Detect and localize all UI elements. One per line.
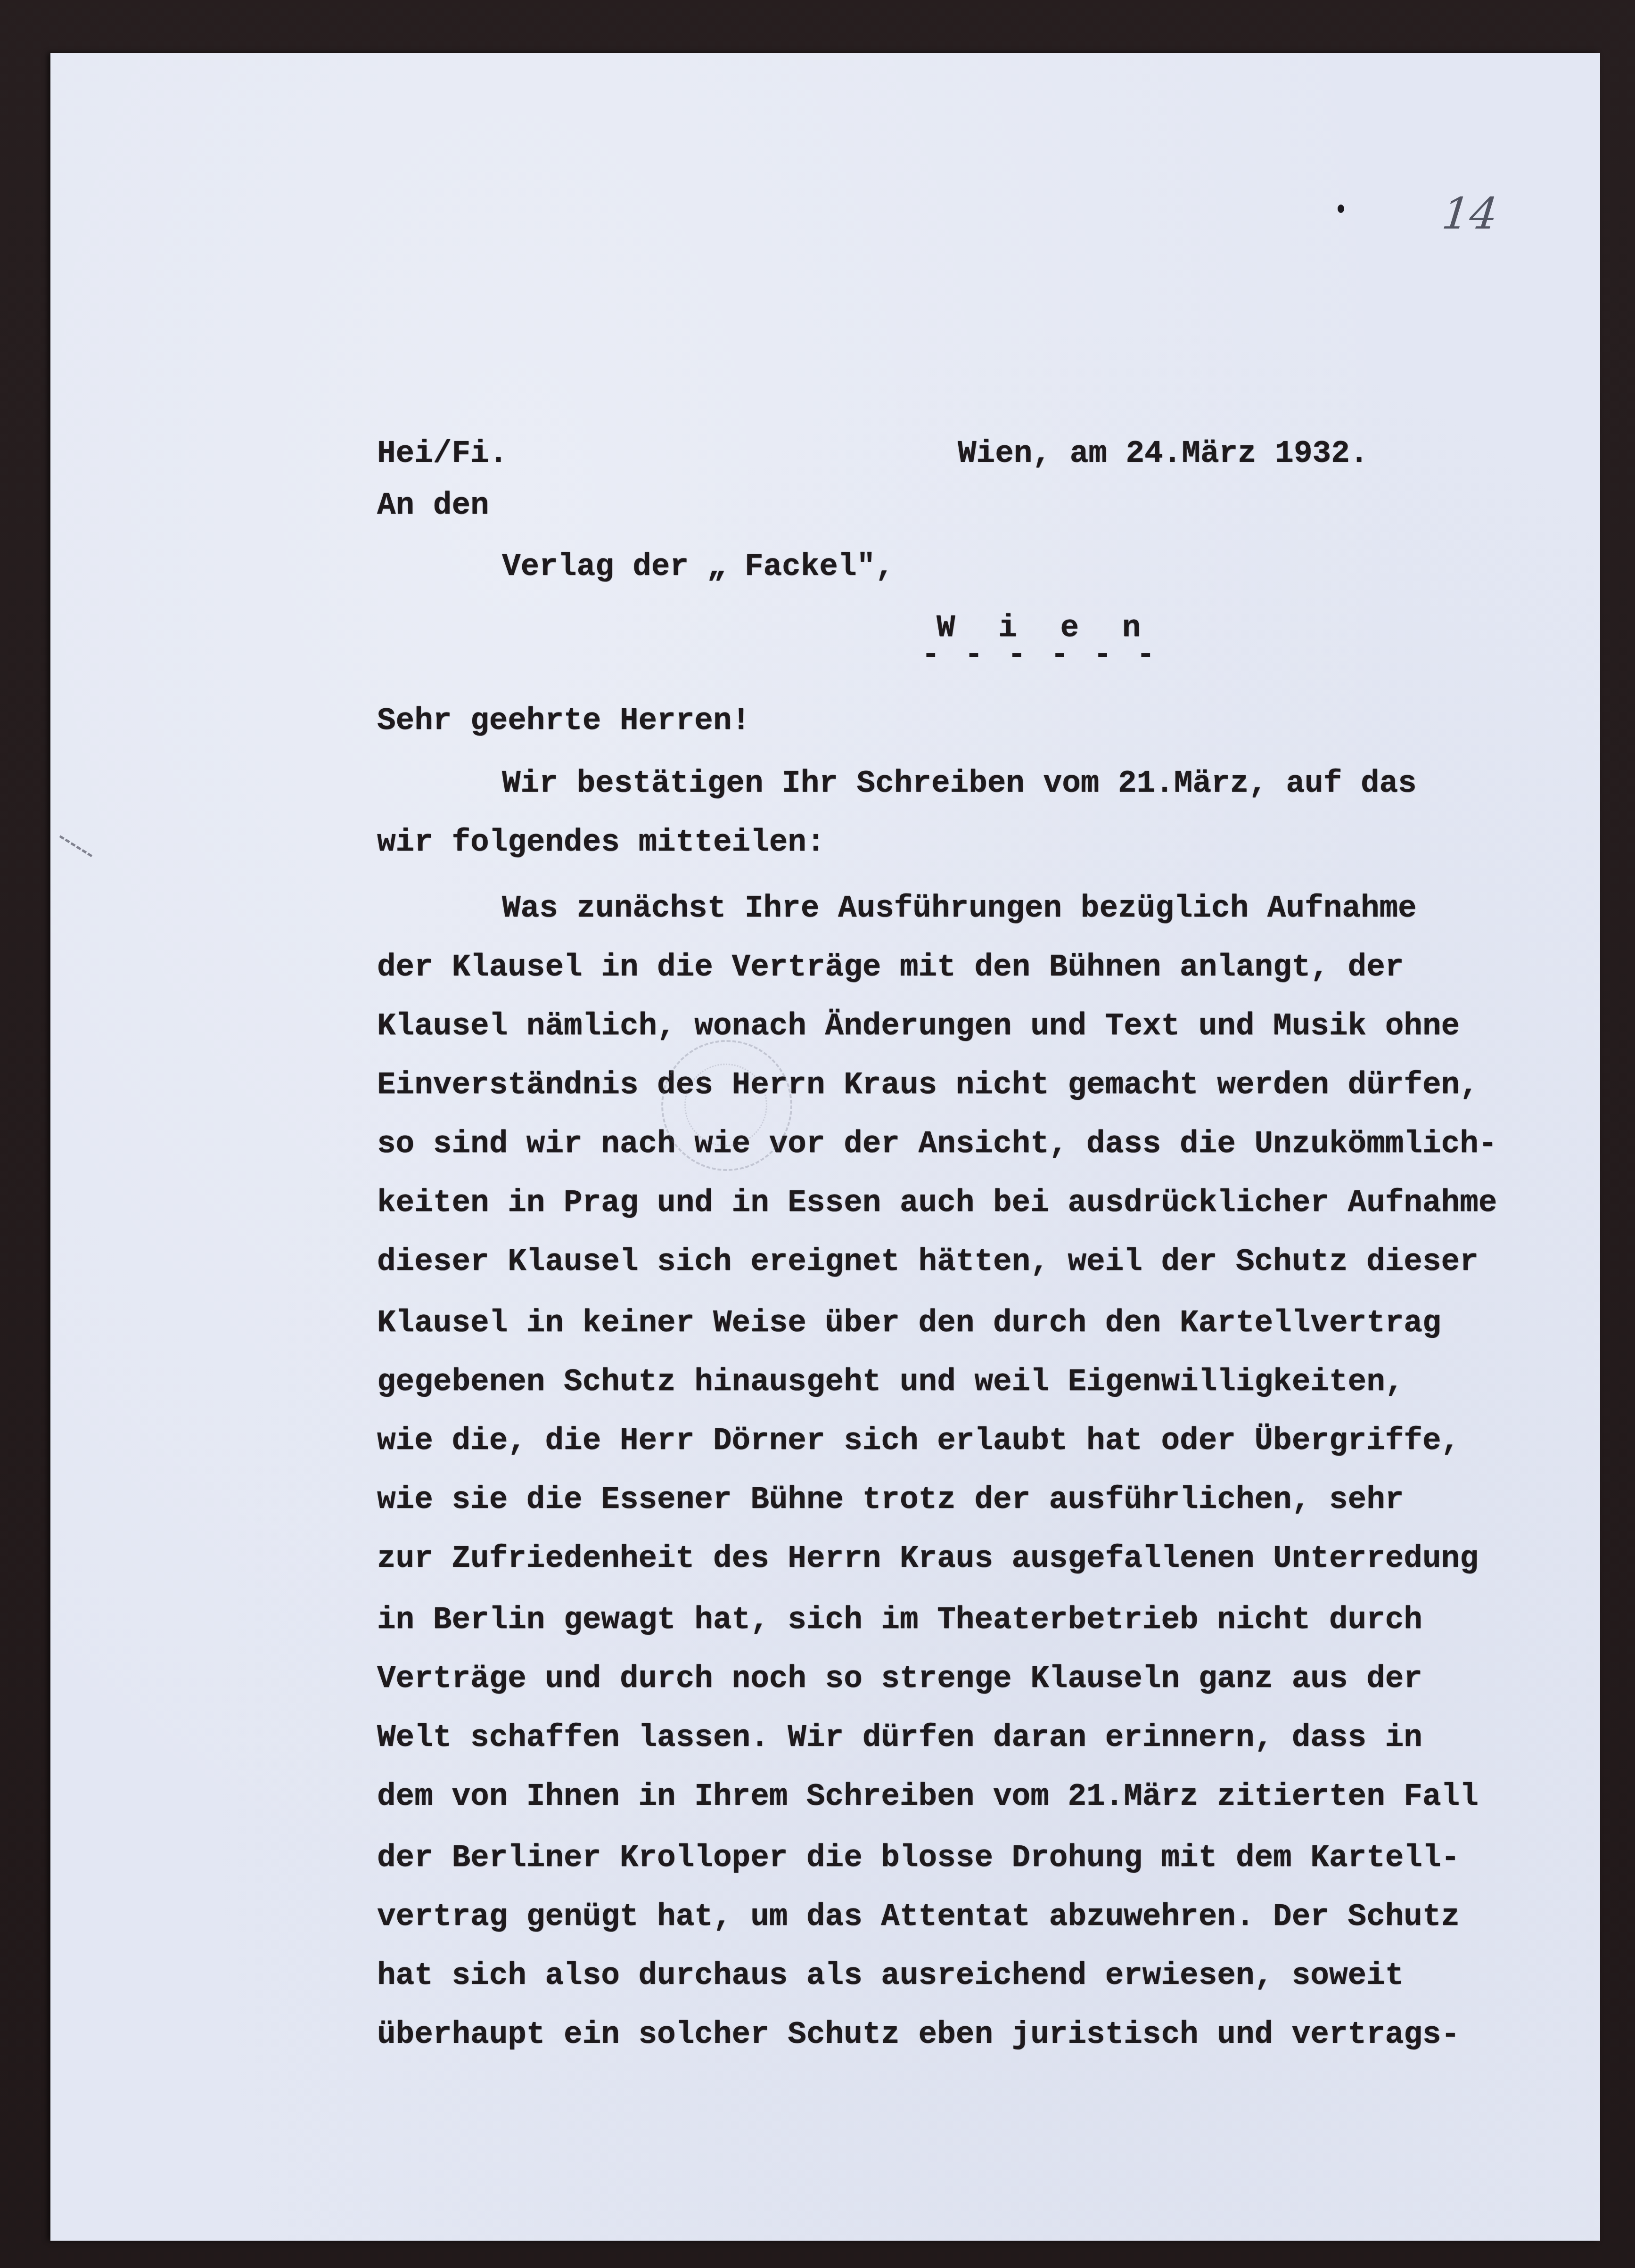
- recipient-name: Verlag der „ Fackel",: [502, 551, 894, 582]
- body-line: Klausel nämlich, wonach Änderungen und T…: [377, 1011, 1460, 1042]
- body-line: wir folgendes mitteilen:: [377, 827, 825, 858]
- letter-page: 14 Hei/Fi. Wien, am 24.März 1932. An den…: [50, 53, 1600, 2241]
- body-line: in Berlin gewagt hat, sich im Theaterbet…: [377, 1605, 1422, 1636]
- body-line: wie sie die Essener Bühne trotz der ausf…: [377, 1484, 1404, 1515]
- body-line: wie die, die Herr Dörner sich erlaubt ha…: [377, 1425, 1460, 1457]
- place-date: Wien, am 24.März 1932.: [958, 438, 1368, 469]
- body-line: Was zunächst Ihre Ausführungen bezüglich…: [502, 893, 1417, 924]
- greeting: Sehr geehrte Herren!: [377, 705, 750, 737]
- body-line: Verträge und durch noch so strenge Klaus…: [377, 1663, 1422, 1695]
- address-prefix: An den: [377, 490, 489, 521]
- body-line: keiten in Prag und in Essen auch bei aus…: [377, 1187, 1497, 1219]
- body-line: dem von Ihnen in Ihrem Schreiben vom 21.…: [377, 1781, 1479, 1812]
- body-line: hat sich also durchaus als ausreichend e…: [377, 1960, 1404, 1991]
- body-line: Welt schaffen lassen. Wir dürfen daran e…: [377, 1722, 1422, 1753]
- reference-code: Hei/Fi.: [377, 438, 508, 469]
- city-underline: - - - - - -: [921, 637, 1158, 672]
- ink-dot: [1338, 205, 1344, 213]
- margin-pencil-mark: [59, 835, 92, 857]
- body-line: Einverständnis des Herrn Kraus nicht gem…: [377, 1070, 1479, 1101]
- faint-stamp-inner-ring: [684, 1064, 767, 1146]
- body-line: der Klausel in die Verträge mit den Bühn…: [377, 952, 1404, 983]
- body-line: gegebenen Schutz hinausgeht und weil Eig…: [377, 1367, 1404, 1398]
- body-line: Klausel in keiner Weise über den durch d…: [377, 1308, 1441, 1339]
- body-line: der Berliner Krolloper die blosse Drohun…: [377, 1842, 1460, 1874]
- page-number: 14: [1439, 188, 1500, 239]
- body-line: zur Zufriedenheit des Herrn Kraus ausgef…: [377, 1543, 1479, 1574]
- body-line: so sind wir nach wie vor der Ansicht, da…: [377, 1129, 1497, 1160]
- body-line: Wir bestätigen Ihr Schreiben vom 21.März…: [502, 768, 1417, 799]
- body-line: überhaupt ein solcher Schutz eben jurist…: [377, 2019, 1460, 2050]
- body-line: vertrag genügt hat, um das Attentat abzu…: [377, 1901, 1460, 1932]
- body-line: dieser Klausel sich ereignet hätten, wei…: [377, 1246, 1479, 1277]
